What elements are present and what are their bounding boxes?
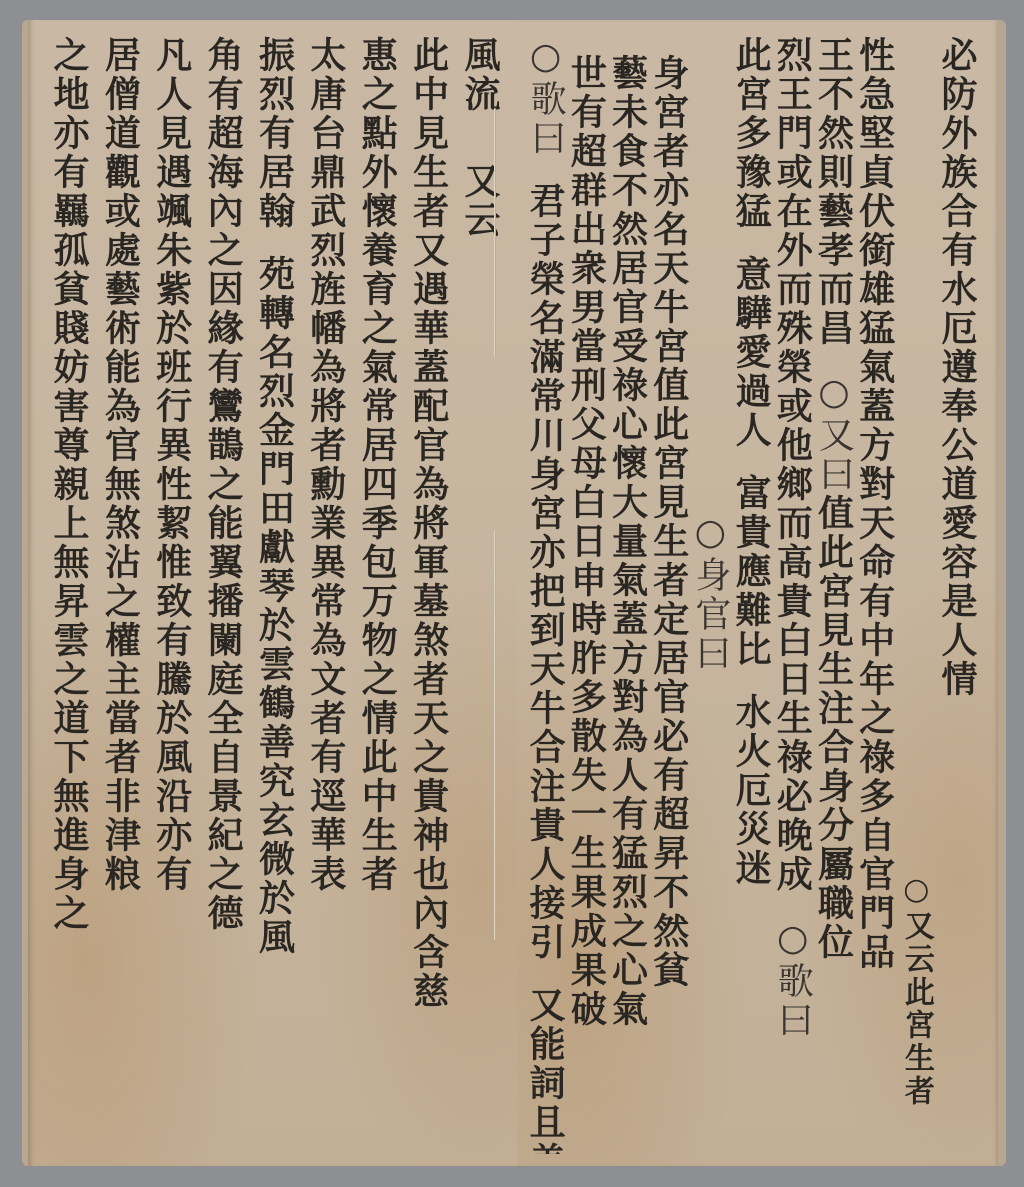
text-segment: 身宮者亦名天牛宮值此宮見生者定居官必有超昇不然貧 xyxy=(651,54,690,990)
text-segment: 王不然則藝孝而昌 xyxy=(815,36,854,348)
right-col-2: 性急堅貞伏銜雄猛氣蓋方對天命有中年之祿多自官門品 xyxy=(856,32,897,1154)
right-col-10: ○歌曰君子榮名滿常川身宮亦把到天牛合注貴人接引又能詞且美 xyxy=(527,32,568,1154)
text-segment: 此中見生者又遇華蓋配官為將軍墓煞者天之貴神也內含慈 xyxy=(408,36,450,1011)
verse-line: 意驊愛過人 xyxy=(733,255,772,450)
right-col-8: 藝未食不然居官受祿心懷大量氣蓋方對為人有猛烈之心氣 xyxy=(609,32,650,1154)
verse-line: 富貴應難比 xyxy=(733,474,772,669)
text-segment: 太唐台鼎武烈旌幡為將者勳業異常為文者有逕華表 xyxy=(305,36,347,894)
left-col-8: 居僧道觀或處藝術能為官無煞沾之權主當者非津粮 xyxy=(97,32,143,1154)
left-page-columns: 風流又云 此中見生者又遇華蓋配官為將軍墓煞者天之貴神也內含慈 惠之點外懷養育之氣… xyxy=(46,32,503,1154)
text-segment: 藝未食不然居官受祿心懷大量氣蓋方對為人有猛烈之心氣 xyxy=(609,54,648,1029)
right-page: 必防外族合有水厄遵奉公道愛容是人情 ○又云此宮生者 性急堅貞伏銜雄猛氣蓋方對天命… xyxy=(517,20,1006,1166)
text-segment: 苑轉名烈金門田獻琴於雲鶴善究玄微於風 xyxy=(254,255,296,957)
section-heading: ○身官曰 xyxy=(692,512,731,673)
binding-thread xyxy=(494,530,496,940)
text-segment: 世有超群出衆男當刑父母白日申時胙多散失一生果成果破 xyxy=(568,54,607,1029)
text-segment: 惠之點外懷養育之氣常居四季包万物之情此中生者 xyxy=(356,36,398,894)
verse-line: 此宮多豫猛 xyxy=(733,36,772,231)
binding-thread xyxy=(494,108,496,358)
text-segment: 振烈有居翰 xyxy=(254,36,296,231)
text-segment: 角有超海內之因緣有鸞鵲之能翼播闌庭全自景紀之德 xyxy=(202,36,244,933)
right-col-9: 世有超群出衆男當刑父母白日申時胙多散失一生果成果破 xyxy=(568,32,609,1154)
left-col-2: 此中見生者又遇華蓋配官為將軍墓煞者天之貴神也內含慈 xyxy=(406,32,452,1154)
text-segment: 君子榮名滿常川身宮亦把到天牛合注貴人接引 xyxy=(527,182,566,962)
manuscript-spread: 風流又云 此中見生者又遇華蓋配官為將軍墓煞者天之貴神也內含慈 惠之點外懷養育之氣… xyxy=(22,20,1006,1166)
section-marker: ○歌曰 xyxy=(527,36,566,158)
right-col-3: 王不然則藝孝而昌○又曰值此宮見生注合身分屬職位 xyxy=(815,32,856,1154)
left-page: 風流又云 此中見生者又遇華蓋配官為將軍墓煞者天之貴神也內含慈 惠之點外懷養育之氣… xyxy=(22,20,517,1166)
left-col-7: 凡人見遇颯朱紫於班行異性絜惟致有騰於風沿亦有 xyxy=(149,32,195,1154)
right-col-4: 烈王門或在外而殊榮或他鄉而高貴白日生祿必晚成○歌曰 xyxy=(774,32,815,1154)
text-segment: 性急堅貞伏銜雄猛氣蓋方對天命有中年之祿多自官門品 xyxy=(856,36,895,972)
right-page-columns: 必防外族合有水厄遵奉公道愛容是人情 ○又云此宮生者 性急堅貞伏銜雄猛氣蓋方對天命… xyxy=(527,32,980,1154)
binding-threads xyxy=(493,20,497,1166)
text-segment: 又能詞且美 xyxy=(527,986,566,1154)
left-col-4: 太唐台鼎武烈旌幡為將者勳業異常為文者有逕華表 xyxy=(303,32,349,1154)
text-segment: 凡人見遇颯朱紫於班行異性絜惟致有騰於風沿亦有 xyxy=(151,36,193,894)
text-segment: 必防外族合有水厄遵奉公道愛容是人情 xyxy=(939,36,978,699)
left-col-3: 惠之點外懷養育之氣常居四季包万物之情此中生者 xyxy=(354,32,400,1154)
text-segment: 烈王門或在外而殊榮或他鄉而高貴白日生祿必晚成 xyxy=(774,36,813,894)
section-marker: ○歌曰 xyxy=(774,918,813,1040)
left-col-9: 之地亦有羈孤貧賤妨害尊親上無昇雲之道下無進身之 xyxy=(46,32,92,1154)
right-col-5: 此宮多豫猛意驊愛過人富貴應難比水火厄災迷 xyxy=(733,32,774,1154)
section-marker: ○又曰 xyxy=(815,372,854,494)
right-col-1: 必防外族合有水厄遵奉公道愛容是人情 xyxy=(939,32,980,1154)
right-col-6: ○身官曰 xyxy=(692,32,733,1154)
text-segment: 值此宮見生注合身分屬職位 xyxy=(815,494,854,962)
text-segment: 居僧道觀或處藝術能為官無煞沾之權主當者非津粮 xyxy=(99,36,141,894)
text-segment: 之地亦有羈孤貧賤妨害尊親上無昇雲之道下無進身之 xyxy=(48,36,90,933)
text-segment: ○又云此宮生者 xyxy=(899,872,934,1108)
margin-note: ○又云此宮生者 xyxy=(898,32,939,1154)
left-col-5: 振烈有居翰苑轉名烈金門田獻琴於雲鶴善究玄微於風 xyxy=(252,32,298,1154)
left-col-6: 角有超海內之因緣有鸞鵲之能翼播闌庭全自景紀之德 xyxy=(200,32,246,1154)
verse-line: 水火厄災迷 xyxy=(733,693,772,888)
right-col-7: 身宮者亦名天牛宮值此宮見生者定居官必有超昇不然貧 xyxy=(651,32,692,1154)
